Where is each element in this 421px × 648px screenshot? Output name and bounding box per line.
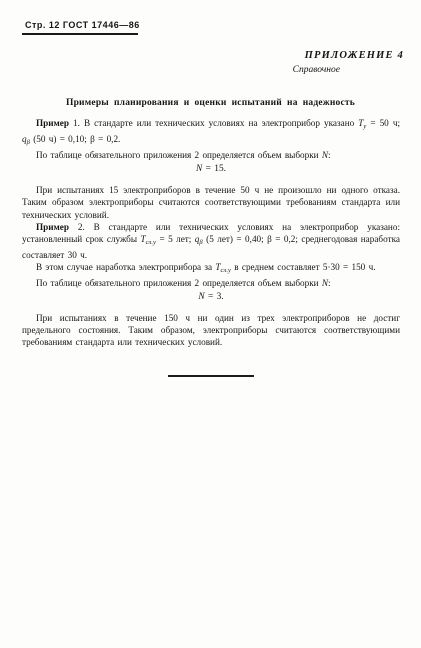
document-page: Стр. 12 ГОСТ 17446—86 ПРИЛОЖЕНИЕ 4 Справ…	[0, 0, 421, 648]
paragraph: В этом случае наработка электроприбора з…	[22, 261, 400, 277]
formula: N = 3.	[22, 289, 400, 312]
page-title: Примеры планирования и оценки испытаний …	[0, 98, 421, 108]
section-divider	[168, 375, 254, 377]
paragraph: По таблице обязательного приложения 2 оп…	[22, 149, 400, 161]
paragraph: Пример 2. В стандарте или технических ус…	[22, 221, 400, 261]
paragraph: Пример 1. В стандарте или технических ус…	[22, 117, 400, 149]
paragraph: При испытаниях в течение 150 ч ни один и…	[22, 312, 400, 348]
appendix-type: Справочное	[293, 65, 404, 75]
paragraph: По таблице обязательного приложения 2 оп…	[22, 277, 400, 289]
appendix-block: ПРИЛОЖЕНИЕ 4 Справочное	[305, 50, 404, 75]
page-number-header: Стр. 12 ГОСТ 17446—86	[25, 20, 140, 30]
paragraph: При испытаниях 15 электроприборов в тече…	[22, 184, 400, 220]
header-underline	[22, 33, 138, 35]
document-body: Пример 1. В стандарте или технических ус…	[22, 117, 400, 377]
appendix-label: ПРИЛОЖЕНИЕ 4	[305, 50, 404, 61]
formula: N = 15.	[22, 161, 400, 184]
